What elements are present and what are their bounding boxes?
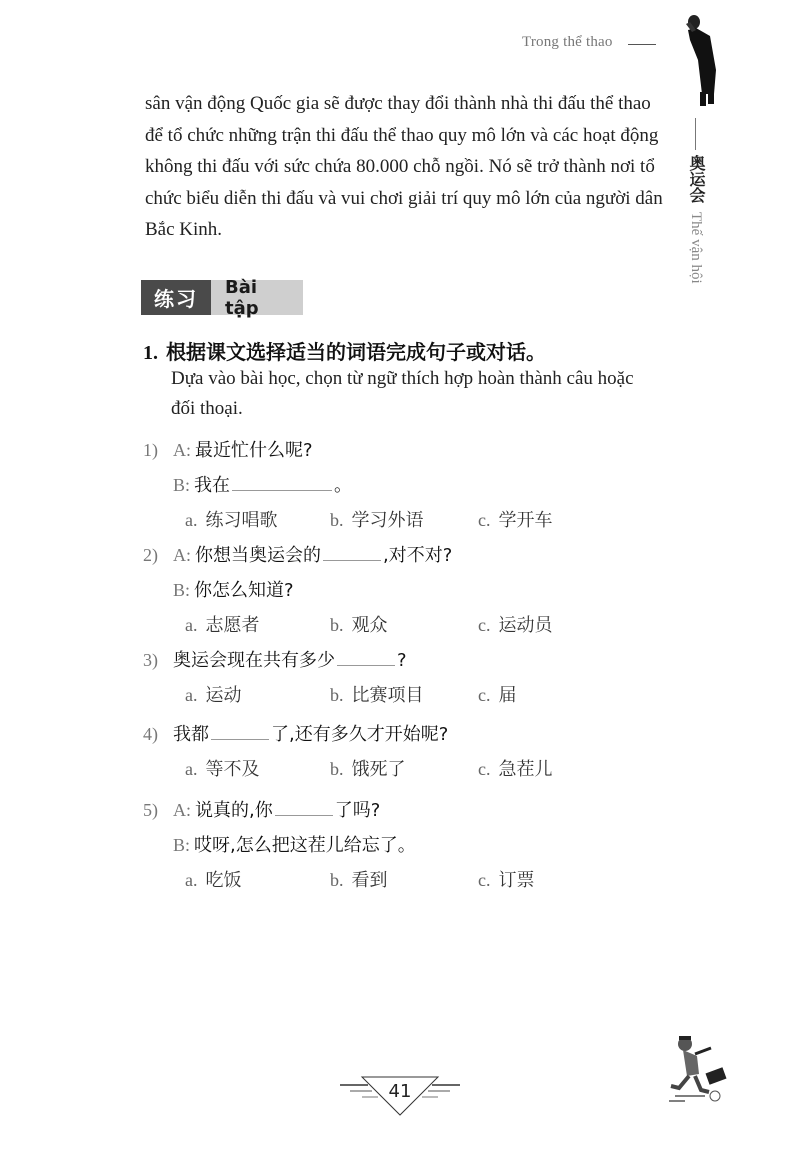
option-a[interactable]: a.练习唱歌 bbox=[185, 503, 330, 538]
answer-blank[interactable] bbox=[232, 489, 332, 491]
question-after: ? bbox=[397, 644, 407, 678]
speaker-b: B: bbox=[173, 828, 190, 862]
page-number-ornament: 41 bbox=[340, 1075, 460, 1125]
line-a-before: 说真的,你 bbox=[195, 794, 273, 828]
answer-blank[interactable] bbox=[275, 814, 333, 816]
section-label-chinese: 练习 bbox=[141, 280, 211, 315]
question-5: 5) A: 说真的,你 了吗? B: 哎呀,怎么把这茬儿给忘了。 a.吃饭 b.… bbox=[143, 793, 535, 898]
option-c[interactable]: c.运动员 bbox=[478, 608, 553, 643]
running-header-title: Trong thể thao bbox=[522, 34, 613, 51]
question-index: 5) bbox=[143, 793, 173, 827]
header-rule bbox=[628, 44, 656, 45]
option-a[interactable]: a.运动 bbox=[185, 678, 330, 713]
option-b[interactable]: b.比赛项目 bbox=[330, 678, 478, 713]
line-b-text: 哎呀,怎么把这茬儿给忘了。 bbox=[194, 829, 416, 863]
line-b-text: 你怎么知道? bbox=[194, 574, 294, 608]
option-c[interactable]: c.急茬儿 bbox=[478, 752, 553, 787]
option-a[interactable]: a.等不及 bbox=[185, 752, 330, 787]
page-number: 41 bbox=[385, 1081, 415, 1102]
line-a-after: ,对不对? bbox=[383, 539, 452, 573]
option-a[interactable]: a.吃饭 bbox=[185, 863, 330, 898]
section-label-vietnamese: Bài tập bbox=[211, 280, 303, 315]
question-2: 2) A: 你想当奥运会的 ,对不对? B: 你怎么知道? a.志愿者 b.观众… bbox=[143, 538, 553, 643]
question-before: 奥运会现在共有多少 bbox=[173, 644, 335, 678]
speaker-a: A: bbox=[173, 538, 191, 572]
exercise-number: 1. bbox=[143, 342, 158, 364]
option-a[interactable]: a.志愿者 bbox=[185, 608, 330, 643]
running-cartoon-mascot-illustration bbox=[665, 1030, 735, 1105]
question-index: 4) bbox=[143, 717, 173, 751]
line-b-before: 我在 bbox=[194, 469, 230, 503]
speaker-b: B: bbox=[173, 573, 190, 607]
question-4: 4) 我都 了,还有多久才开始呢? a.等不及 b.饿死了 c.急茬儿 bbox=[143, 717, 553, 787]
speaker-b: B: bbox=[173, 468, 190, 502]
exercise-title-chinese: 根据课文选择适当的词语完成句子或对话。 bbox=[166, 340, 546, 364]
line-a-before: 你想当奥运会的 bbox=[195, 539, 321, 573]
option-c[interactable]: c.届 bbox=[478, 678, 517, 713]
side-rule bbox=[695, 118, 696, 150]
side-label-chinese: 奥运会 bbox=[687, 155, 706, 203]
option-b[interactable]: b.观众 bbox=[330, 608, 478, 643]
exercise-instruction-vietnamese: Dựa vào bài học, chọn từ ngữ thích hợp h… bbox=[171, 364, 651, 424]
answer-blank[interactable] bbox=[337, 664, 395, 666]
intro-paragraph: sân vận động Quốc gia sẽ được thay đổi t… bbox=[145, 88, 665, 246]
side-chapter-label: 奥运会 Thế vận hội bbox=[685, 155, 708, 284]
question-before: 我都 bbox=[173, 718, 209, 752]
question-3: 3) 奥运会现在共有多少 ? a.运动 b.比赛项目 c.届 bbox=[143, 643, 517, 713]
line-a-text: 最近忙什么呢? bbox=[195, 434, 313, 468]
question-index: 3) bbox=[143, 643, 173, 677]
speaker-a: A: bbox=[173, 433, 191, 467]
option-c[interactable]: c.学开车 bbox=[478, 503, 553, 538]
line-a-after: 了吗? bbox=[335, 794, 381, 828]
woman-figure-illustration bbox=[680, 10, 730, 110]
speaker-a: A: bbox=[173, 793, 191, 827]
option-b[interactable]: b.饿死了 bbox=[330, 752, 478, 787]
question-1: 1) A: 最近忙什么呢? B: 我在 。 a.练习唱歌 b.学习外语 c.学开… bbox=[143, 433, 553, 538]
answer-blank[interactable] bbox=[211, 738, 269, 740]
side-label-vietnamese: Thế vận hội bbox=[688, 212, 704, 284]
section-tag: 练习 Bài tập bbox=[141, 280, 303, 315]
line-b-after: 。 bbox=[334, 469, 352, 503]
answer-blank[interactable] bbox=[323, 559, 381, 561]
question-index: 1) bbox=[143, 433, 173, 467]
exercise-title: 1.根据课文选择适当的词语完成句子或对话。 bbox=[143, 336, 546, 365]
question-after: 了,还有多久才开始呢? bbox=[271, 718, 448, 752]
question-index: 2) bbox=[143, 538, 173, 572]
option-b[interactable]: b.看到 bbox=[330, 863, 478, 898]
option-c[interactable]: c.订票 bbox=[478, 863, 535, 898]
option-b[interactable]: b.学习外语 bbox=[330, 503, 478, 538]
